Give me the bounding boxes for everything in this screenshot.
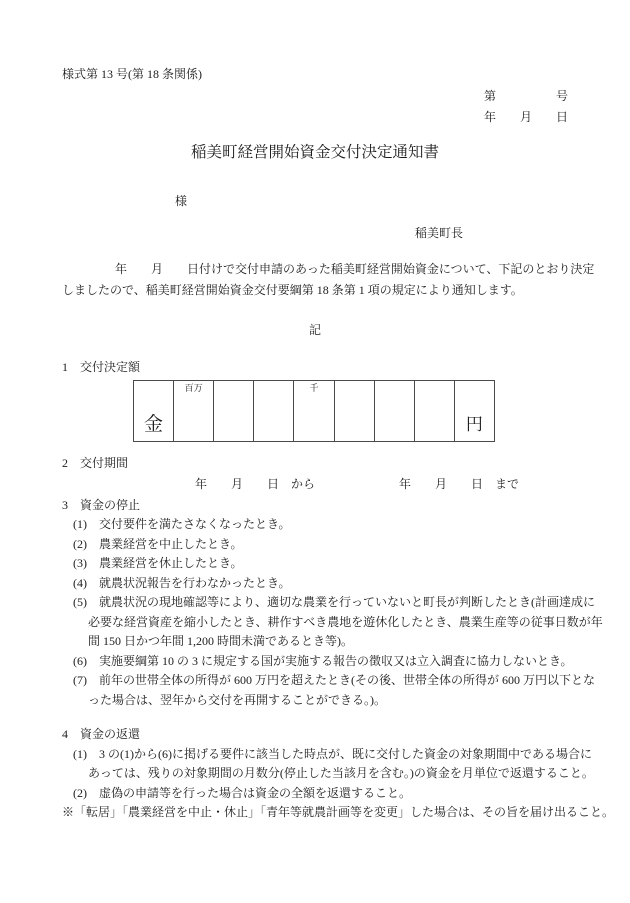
return-item-line: (1) 3 の(1)から(6)に掲げる要件に該当した時点が、既に交付した資金の対…: [62, 745, 568, 765]
body-paragraph-line-1: 年 月 日付けで交付申請のあった稲美町経営開始資金について、下記のとおり決定: [62, 259, 568, 281]
amount-table: 金 百万 千 円: [133, 380, 495, 442]
amount-digit-cell: [414, 381, 454, 441]
stop-item-line: (4) 就農状況報告を行わなかったとき。: [62, 574, 568, 594]
section-3-heading: 3 資金の停止: [62, 496, 568, 516]
amount-digit-cell-thousand: 千: [293, 381, 333, 441]
stop-item-line: (7) 前年の世帯全体の所得が 600 万円を超えたとき(その後、世帯全体の所得…: [62, 671, 568, 691]
stop-item-line: (2) 農業経営を中止したとき。: [62, 535, 568, 555]
stop-item-line: (6) 実施要綱第 10 の 3 に規定する国が実施する報告の徴収又は立入調査に…: [62, 652, 568, 672]
amount-prefix-cell: 金: [134, 381, 173, 441]
amount-suffix-cell: 円: [454, 381, 494, 441]
amount-digit-cell-million: 百万: [173, 381, 213, 441]
unit-label-thousand: 千: [294, 383, 333, 394]
record-marker: 記: [62, 320, 568, 342]
form-number: 様式第 13 号(第 18 条関係): [62, 64, 568, 86]
addressee-suffix: 様: [62, 191, 568, 213]
amount-prefix: 金: [134, 415, 173, 435]
amount-digit-cell: [334, 381, 374, 441]
grant-period-line: 年 月 日 から 年 月 日 まで: [62, 474, 568, 496]
stop-item-line: (5) 就農状況の現地確認等により、適切な農業を行っていないと町長が判断したとき…: [62, 593, 568, 613]
amount-digit-cell: [253, 381, 293, 441]
amount-suffix: 円: [455, 415, 494, 435]
page-title: 稲美町経営開始資金交付決定通知書: [62, 141, 568, 165]
stop-item-line: (1) 交付要件を満たさなくなったとき。: [62, 515, 568, 535]
unit-label-million: 百万: [174, 383, 213, 394]
return-item-line: あっては、残りの対象期間の月数分(停止した当該月を含む。)の資金を月単位で返還す…: [62, 764, 568, 784]
stop-item-line: (3) 農業経営を休止したとき。: [62, 554, 568, 574]
doc-number: 第 号: [62, 86, 568, 108]
section-2-heading: 2 交付期間: [62, 453, 568, 475]
return-item-line: (2) 虚偽の申請等を行った場合は資金の全額を返還すること。: [62, 784, 568, 804]
footnote: ※「転居」「農業経営を中止・休止」「青年等就農計画等を変更」した場合は、その旨を…: [62, 803, 568, 823]
amount-digit-cell: [213, 381, 253, 441]
section-4-heading: 4 資金の返還: [62, 725, 568, 745]
section-1-heading: 1 交付決定額: [62, 357, 568, 379]
body-paragraph-line-2: しましたので、稲美町経営開始資金交付要綱第 18 条第 1 項の規定により通知し…: [62, 280, 568, 302]
issue-date: 年 月 日: [62, 107, 568, 129]
sender-name: 稲美町長: [62, 223, 568, 245]
amount-digit-cell: [374, 381, 414, 441]
stop-item-line: 必要な経営資産を縮小したとき、耕作すべき農地を遊休化したとき、農業生産等の従事日…: [62, 613, 568, 633]
stop-item-line: 間 150 日かつ年間 1,200 時間未満であるとき等)。: [62, 632, 568, 652]
stop-item-line: った場合は、翌年から交付を再開することができる。)。: [62, 691, 568, 711]
document-page: 様式第 13 号(第 18 条関係) 第 号 年 月 日 稲美町経営開始資金交付…: [0, 0, 630, 903]
